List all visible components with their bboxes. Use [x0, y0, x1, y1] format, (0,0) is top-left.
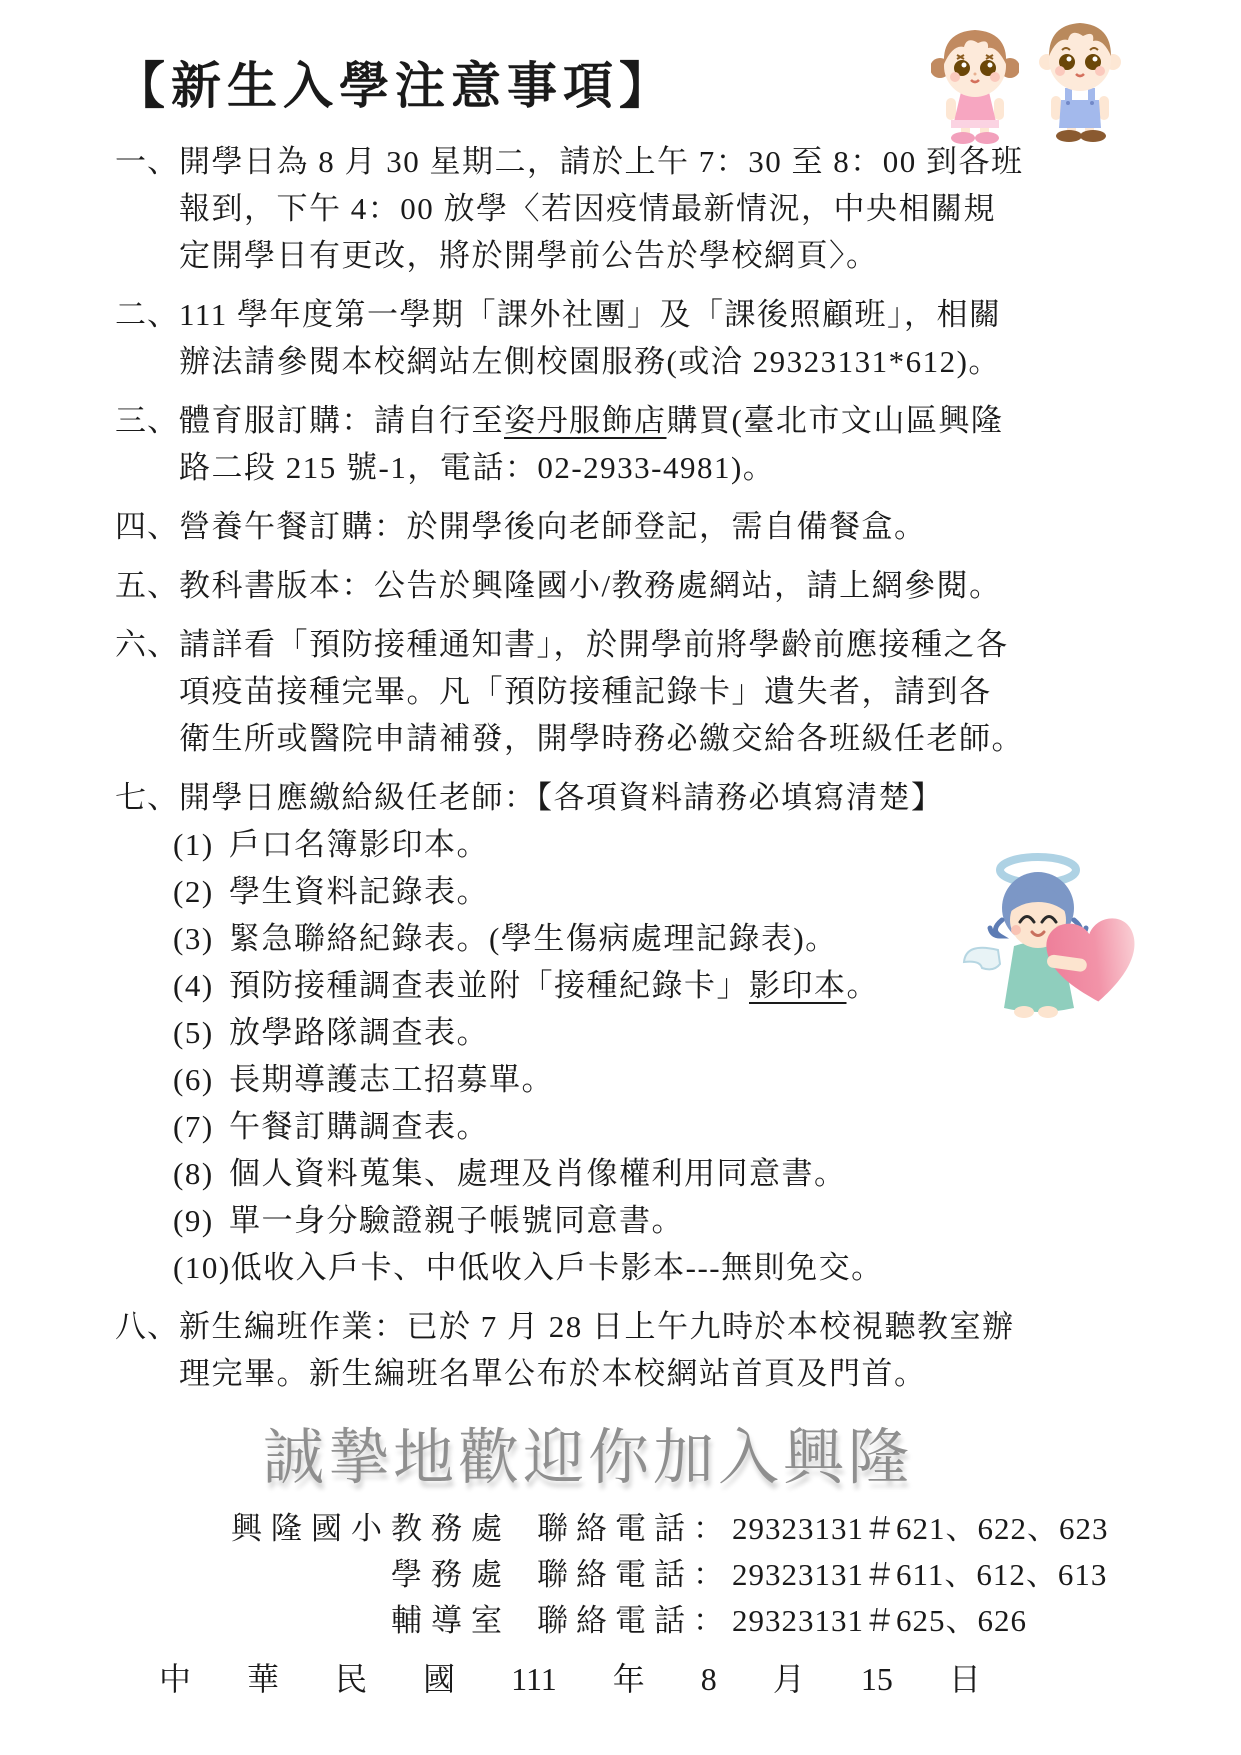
item-text: 請詳看「預防接種通知書」，於開學前將學齡前應接種之各項疫苗接種完畢。凡「預防接種…: [179, 621, 1135, 762]
sub-item-text: 戶口名簿影印本。: [229, 821, 489, 868]
text-segment: 報到，下午 4：00 放學〈若因疫情最新情況，中央相關規: [179, 191, 996, 226]
contact-row: 興隆國小教務處聯絡電話：29323131＃621、622、623: [181, 1506, 1135, 1552]
sub-item-text: 長期導護志工招募單。: [229, 1056, 554, 1103]
date-token: 中: [159, 1656, 191, 1702]
date-token: 月: [773, 1656, 805, 1702]
text-segment: 單一身分驗證親子帳號同意書。: [229, 1203, 684, 1238]
item-line: 項疫苗接種完畢。凡「預防接種記錄卡」遺失者，請到各: [179, 668, 1135, 715]
sub-item-text: 單一身分驗證親子帳號同意書。: [229, 1197, 684, 1244]
item-line: 衛生所或醫院申請補發，開學時務必繳交給各班級任老師。: [179, 715, 1135, 762]
notice-item: 四、營養午餐訂購：於開學後向老師登記，需自備餐盒。: [115, 503, 1135, 550]
text-segment: 開學日應繳給級任老師：【各項資料請務必填寫清楚】: [179, 780, 944, 815]
item-line: 體育服訂購：請自行至姿丹服飾店購買(臺北市文山區興隆: [179, 397, 1135, 444]
text-segment: 。: [847, 968, 880, 1003]
sub-item-number: (5): [173, 1009, 229, 1056]
text-segment: 教科書版本：公告於興隆國小/教務處網站，請上網參閱。: [179, 568, 1002, 603]
sub-item-text: 緊急聯絡紀錄表。(學生傷病處理記錄表)。: [229, 915, 838, 962]
item-line: 教科書版本：公告於興隆國小/教務處網站，請上網參閱。: [179, 562, 1135, 609]
notice-item: 一、開學日為 8 月 30 星期二，請於上午 7：30 至 8：00 到各班報到…: [115, 138, 1135, 279]
item-line: 開學日應繳給級任老師：【各項資料請務必填寫清楚】: [179, 774, 1135, 821]
notice-item: 六、請詳看「預防接種通知書」，於開學前將學齡前應接種之各項疫苗接種完畢。凡「預防…: [115, 621, 1135, 762]
text-segment: 放學路隊調查表。: [229, 1015, 489, 1050]
text-segment: 購買(臺北市文山區興隆: [667, 403, 1004, 438]
date-token: 年: [613, 1656, 645, 1702]
date-token: 國: [423, 1656, 455, 1702]
sub-item: (2)學生資料記錄表。: [173, 868, 1135, 915]
text-segment: 營養午餐訂購：於開學後向老師登記，需自備餐盒。: [179, 509, 927, 544]
date-token: 民: [335, 1656, 367, 1702]
phone-label: 聯絡電話：: [537, 1557, 732, 1592]
date-token: 華: [247, 1656, 279, 1702]
office-name: 輔導室: [181, 1598, 511, 1644]
notice-item: 八、新生編班作業：已於 7 月 28 日上午九時於本校視聽教室辦理完畢。新生編班…: [115, 1303, 1135, 1397]
text-segment: 緊急聯絡紀錄表。(學生傷病處理記錄表)。: [229, 921, 838, 956]
sub-item-text: 低收入戶卡、中低收入戶卡影本---無則免交。: [231, 1244, 884, 1291]
item-line: 請詳看「預防接種通知書」，於開學前將學齡前應接種之各: [179, 621, 1135, 668]
item-number: 一、: [115, 138, 179, 279]
text-segment: 路二段 215 號-1，電話：02-2933-4981)。: [179, 450, 775, 485]
date-line: 中華民國111年8月15日: [159, 1656, 981, 1702]
date-token: 日: [949, 1656, 981, 1702]
text-segment: 新生編班作業：已於 7 月 28 日上午九時於本校視聽教室辦: [179, 1309, 1015, 1344]
watermark-text: 誠摯地歡迎你加入興隆: [263, 1409, 1135, 1496]
sub-item: (6)長期導護志工招募單。: [173, 1056, 1135, 1103]
item-text: 開學日應繳給級任老師：【各項資料請務必填寫清楚】(1)戶口名簿影印本。(2)學生…: [179, 774, 1135, 1291]
sub-item: (9)單一身分驗證親子帳號同意書。: [173, 1197, 1135, 1244]
contact-list: 興隆國小教務處聯絡電話：29323131＃621、622、623學務處聯絡電話：…: [181, 1506, 1135, 1644]
item-text: 新生編班作業：已於 7 月 28 日上午九時於本校視聽教室辦理完畢。新生編班名單…: [179, 1303, 1135, 1397]
contact-row: 輔導室聯絡電話：29323131＃625、626: [181, 1598, 1135, 1644]
item-number: 四、: [115, 503, 179, 550]
phone-number: 29323131＃621、622、623: [732, 1511, 1109, 1546]
sub-item-number: (7): [173, 1103, 229, 1150]
phone-text: 聯絡電話：29323131＃611、612、613: [537, 1552, 1107, 1598]
item-line: 路二段 215 號-1，電話：02-2933-4981)。: [179, 444, 1135, 491]
office-name: 興隆國小教務處: [181, 1506, 511, 1552]
sub-item-text: 預防接種調查表並附「接種紀錄卡」影印本。: [229, 962, 879, 1009]
sub-item-number: (1): [173, 821, 229, 868]
phone-number: 29323131＃611、612、613: [732, 1557, 1107, 1592]
sub-item: (3)緊急聯絡紀錄表。(學生傷病處理記錄表)。: [173, 915, 1135, 962]
text-segment: 體育服訂購：請自行至: [179, 403, 504, 438]
sub-item: (5)放學路隊調查表。: [173, 1009, 1135, 1056]
sub-item-text: 學生資料記錄表。: [229, 868, 489, 915]
item-number: 三、: [115, 397, 179, 491]
sub-item-number: (9): [173, 1197, 229, 1244]
sub-item-number: (8): [173, 1150, 229, 1197]
notice-list: 一、開學日為 8 月 30 星期二，請於上午 7：30 至 8：00 到各班報到…: [115, 138, 1135, 1397]
sub-item: (8)個人資料蒐集、處理及肖像權利用同意書。: [173, 1150, 1135, 1197]
text-segment: 學生資料記錄表。: [229, 874, 489, 909]
item-text: 111 學年度第一學期「課外社團」及「課後照顧班」，相關辦法請參閱本校網站左側校…: [179, 291, 1135, 385]
sub-item-number: (10): [173, 1244, 231, 1291]
underlined-text: 姿丹服飾店: [504, 403, 667, 438]
date-token: 8: [701, 1656, 717, 1702]
item-text: 營養午餐訂購：於開學後向老師登記，需自備餐盒。: [179, 503, 1135, 550]
sub-item-text: 個人資料蒐集、處理及肖像權利用同意書。: [229, 1150, 847, 1197]
item-number: 七、: [115, 774, 179, 1291]
sub-item: (10)低收入戶卡、中低收入戶卡影本---無則免交。: [173, 1244, 1135, 1291]
item-text: 體育服訂購：請自行至姿丹服飾店購買(臺北市文山區興隆路二段 215 號-1，電話…: [179, 397, 1135, 491]
item-text: 教科書版本：公告於興隆國小/教務處網站，請上網參閱。: [179, 562, 1135, 609]
date-token: 111: [511, 1656, 557, 1702]
item-text: 開學日為 8 月 30 星期二，請於上午 7：30 至 8：00 到各班報到，下…: [179, 138, 1135, 279]
item-number: 八、: [115, 1303, 179, 1397]
sub-item-text: 放學路隊調查表。: [229, 1009, 489, 1056]
sub-item: (1)戶口名簿影印本。: [173, 821, 1135, 868]
text-segment: 戶口名簿影印本。: [229, 827, 489, 862]
text-segment: 項疫苗接種完畢。凡「預防接種記錄卡」遺失者，請到各: [179, 674, 992, 709]
notice-item: 三、體育服訂購：請自行至姿丹服飾店購買(臺北市文山區興隆路二段 215 號-1，…: [115, 397, 1135, 491]
item-line: 報到，下午 4：00 放學〈若因疫情最新情況，中央相關規: [179, 185, 1135, 232]
text-segment: 午餐訂購調查表。: [229, 1109, 489, 1144]
text-segment: 低收入戶卡、中低收入戶卡影本---無則免交。: [231, 1250, 884, 1285]
text-segment: 個人資料蒐集、處理及肖像權利用同意書。: [229, 1156, 847, 1191]
phone-label: 聯絡電話：: [537, 1603, 732, 1638]
text-segment: 辦法請參閱本校網站左側校園服務(或洽 29323131*612)。: [179, 344, 1001, 379]
item-line: 營養午餐訂購：於開學後向老師登記，需自備餐盒。: [179, 503, 1135, 550]
date-token: 15: [861, 1656, 893, 1702]
item-line: 開學日為 8 月 30 星期二，請於上午 7：30 至 8：00 到各班: [179, 138, 1135, 185]
sub-item-number: (6): [173, 1056, 229, 1103]
text-segment: 衛生所或醫院申請補發，開學時務必繳交給各班級任老師。: [179, 721, 1024, 756]
sub-item: (7)午餐訂購調查表。: [173, 1103, 1135, 1150]
text-segment: 開學日為 8 月 30 星期二，請於上午 7：30 至 8：00 到各班: [179, 144, 1024, 179]
text-segment: 預防接種調查表並附「接種紀錄卡」: [229, 968, 749, 1003]
notice-item: 五、教科書版本：公告於興隆國小/教務處網站，請上網參閱。: [115, 562, 1135, 609]
phone-number: 29323131＃625、626: [732, 1603, 1027, 1638]
office-name: 學務處: [181, 1552, 511, 1598]
notice-item: 二、111 學年度第一學期「課外社團」及「課後照顧班」，相關辦法請參閱本校網站左…: [115, 291, 1135, 385]
item-line: 理完畢。新生編班名單公布於本校網站首頁及門首。: [179, 1350, 1135, 1397]
item-line: 新生編班作業：已於 7 月 28 日上午九時於本校視聽教室辦: [179, 1303, 1135, 1350]
text-segment: 定開學日有更改，將於開學前公告於學校網頁〉。: [179, 238, 879, 273]
text-segment: 理完畢。新生編班名單公布於本校網站首頁及門首。: [179, 1356, 927, 1391]
sub-item: (4)預防接種調查表並附「接種紀錄卡」影印本。: [173, 962, 1135, 1009]
item-line: 辦法請參閱本校網站左側校園服務(或洽 29323131*612)。: [179, 338, 1135, 385]
text-segment: 請詳看「預防接種通知書」，於開學前將學齡前應接種之各: [179, 627, 1009, 662]
sub-item-list: (1)戶口名簿影印本。(2)學生資料記錄表。(3)緊急聯絡紀錄表。(學生傷病處理…: [179, 821, 1135, 1291]
item-number: 六、: [115, 621, 179, 762]
text-segment: 長期導護志工招募單。: [229, 1062, 554, 1097]
phone-label: 聯絡電話：: [537, 1511, 732, 1546]
item-line: 定開學日有更改，將於開學前公告於學校網頁〉。: [179, 232, 1135, 279]
document-page: 【新生入學注意事項】 一、開學日為 8 月 30 星期二，請於上午 7：30 至…: [0, 0, 1241, 1755]
sub-item-number: (2): [173, 868, 229, 915]
phone-text: 聯絡電話：29323131＃625、626: [537, 1598, 1027, 1644]
document-content: 【新生入學注意事項】 一、開學日為 8 月 30 星期二，請於上午 7：30 至…: [115, 46, 1135, 1702]
sub-item-number: (3): [173, 915, 229, 962]
page-title: 【新生入學注意事項】: [115, 46, 1135, 118]
contact-row: 學務處聯絡電話：29323131＃611、612、613: [181, 1552, 1135, 1598]
item-number: 二、: [115, 291, 179, 385]
sub-item-text: 午餐訂購調查表。: [229, 1103, 489, 1150]
underlined-text: 影印本: [749, 968, 847, 1003]
notice-item: 七、開學日應繳給級任老師：【各項資料請務必填寫清楚】(1)戶口名簿影印本。(2)…: [115, 774, 1135, 1291]
text-segment: 111 學年度第一學期「課外社團」及「課後照顧班」，相關: [179, 297, 1001, 332]
phone-text: 聯絡電話：29323131＃621、622、623: [537, 1506, 1109, 1552]
item-line: 111 學年度第一學期「課外社團」及「課後照顧班」，相關: [179, 291, 1135, 338]
sub-item-number: (4): [173, 962, 229, 1009]
item-number: 五、: [115, 562, 179, 609]
